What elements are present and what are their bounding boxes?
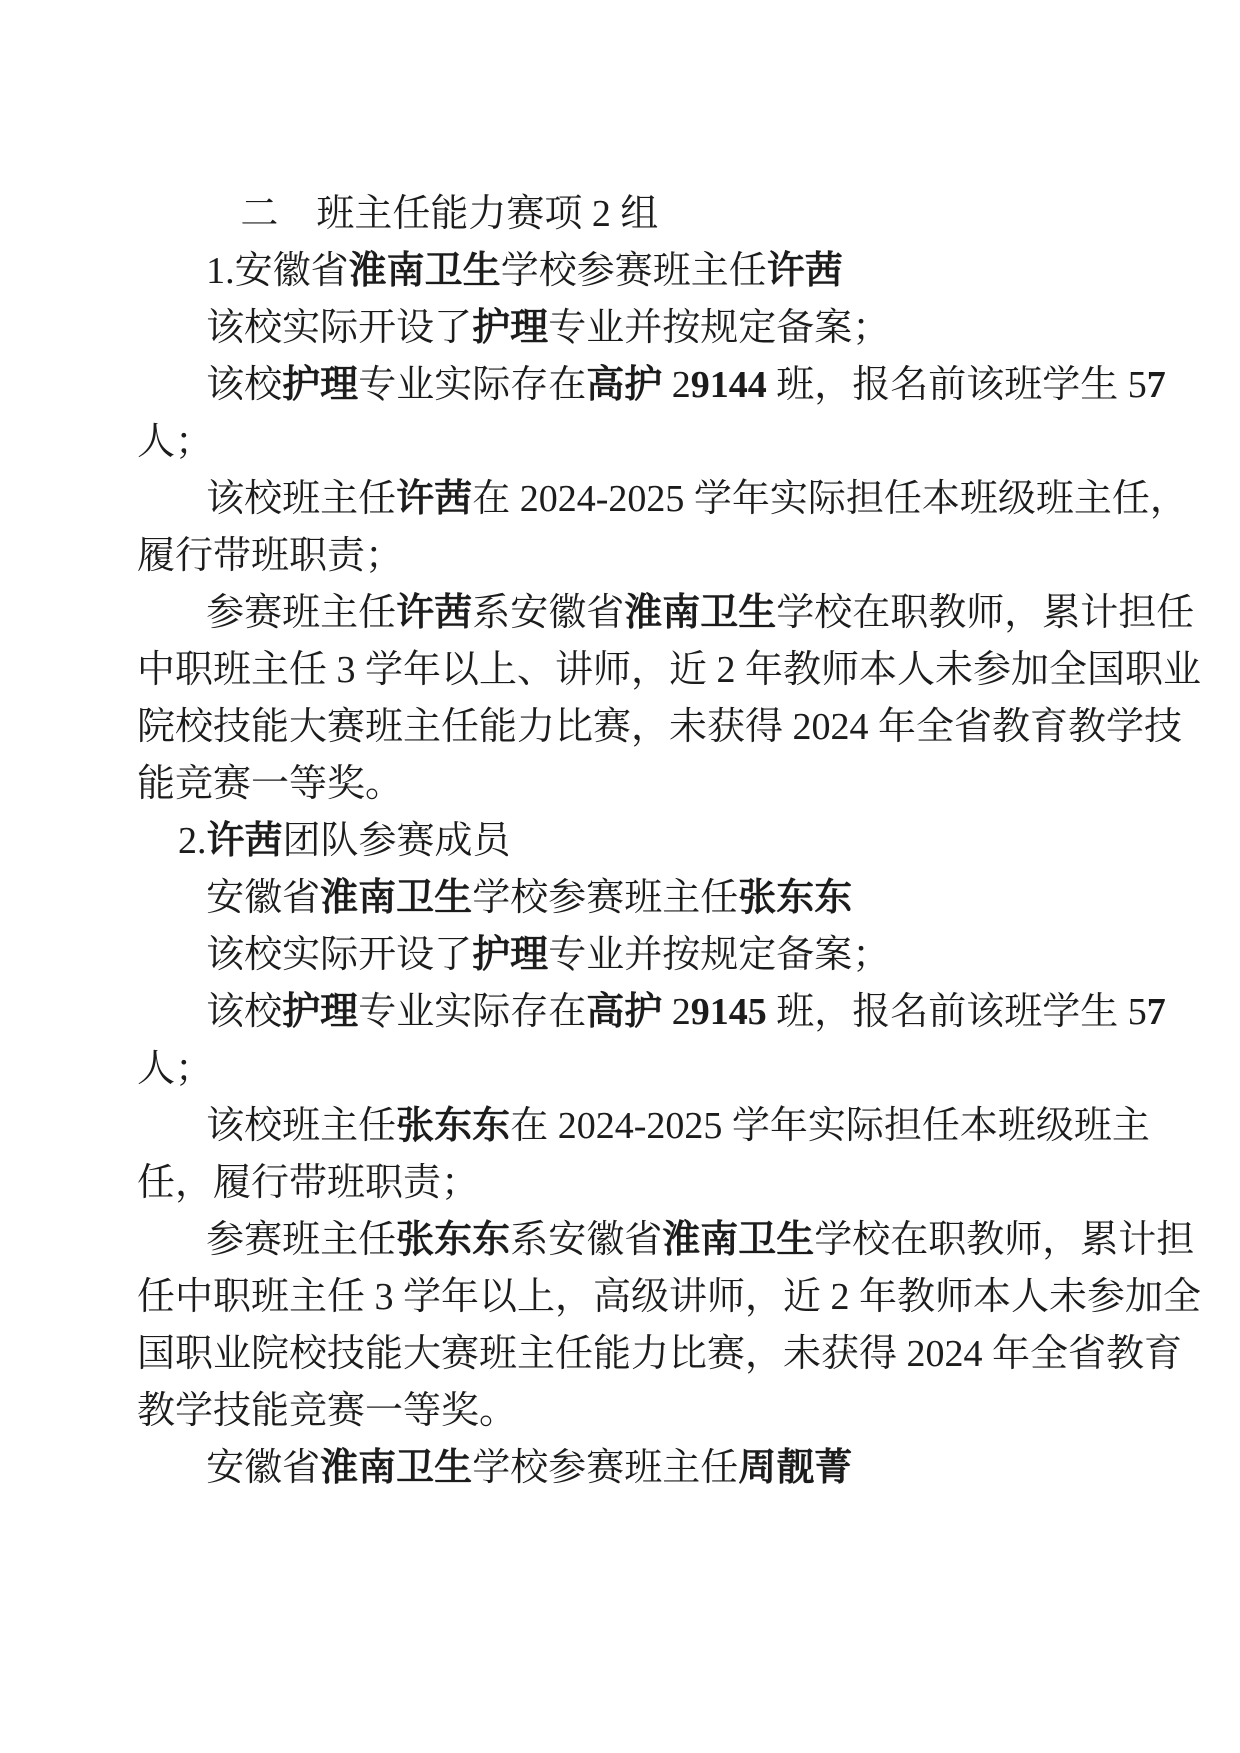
- text-line: 该校实际开设了护理专业并按规定备案；: [137, 300, 1110, 357]
- text-line: 能竞赛一等奖。: [137, 756, 1110, 813]
- text-run: 参赛班主任: [206, 592, 396, 634]
- text-line: 2.许茜团队参赛成员: [137, 813, 1110, 870]
- text-run: 专业并按规定备案；: [548, 934, 890, 976]
- emphasized-text-run: 周靓菁: [738, 1447, 852, 1489]
- text-line: 院校技能大赛班主任能力比赛，未获得 2024 年全省教育教学技: [137, 699, 1110, 756]
- text-run: 中职班主任 3 学年以上、讲师，近 2 年教师本人未参加全国职业: [137, 649, 1201, 691]
- text-run: 2: [662, 991, 691, 1033]
- text-run: 学校在职教师，累计担任: [776, 592, 1194, 634]
- text-line: 参赛班主任许茜系安徽省淮南卫生学校在职教师，累计担任: [137, 585, 1110, 642]
- emphasized-text-run: 9145: [691, 991, 767, 1033]
- emphasized-text-run: 张东东: [396, 1219, 510, 1261]
- text-run: 人；: [137, 1048, 213, 1090]
- text-run: 任，履行带班职责；: [137, 1162, 479, 1204]
- emphasized-text-run: 淮南卫生: [320, 1447, 472, 1489]
- emphasized-text-run: 许茜: [767, 250, 843, 292]
- text-run: 学校参赛班主任: [472, 877, 738, 919]
- text-run: 该校: [206, 991, 282, 1033]
- text-run: 任中职班主任 3 学年以上，高级讲师，近 2 年教师本人未参加全: [137, 1276, 1201, 1318]
- text-run: 该校实际开设了: [206, 934, 472, 976]
- text-run: 能竞赛一等奖。: [137, 763, 403, 805]
- text-line: 二 班主任能力赛项 2 组: [137, 186, 1110, 243]
- text-line: 任中职班主任 3 学年以上，高级讲师，近 2 年教师本人未参加全: [137, 1269, 1110, 1326]
- emphasized-text-run: 淮南卫生: [320, 877, 472, 919]
- text-run: 系安徽省: [510, 1219, 662, 1261]
- text-line: 任，履行带班职责；: [137, 1155, 1110, 1212]
- text-line: 安徽省淮南卫生学校参赛班主任张东东: [137, 870, 1110, 927]
- text-run: 团队参赛成员: [283, 820, 511, 862]
- emphasized-text-run: 7: [1147, 991, 1166, 1033]
- text-run: 安徽省: [206, 877, 320, 919]
- text-line: 人；: [137, 414, 1110, 471]
- text-line: 教学技能竞赛一等奖。: [137, 1383, 1110, 1440]
- emphasized-text-run: 高护: [586, 991, 662, 1033]
- text-run: 履行带班职责；: [137, 535, 403, 577]
- text-run: 该校班主任: [206, 478, 396, 520]
- text-run: 教学技能竞赛一等奖。: [137, 1390, 517, 1432]
- emphasized-text-run: 淮南卫生: [349, 250, 501, 292]
- emphasized-text-run: 淮南卫生: [662, 1219, 814, 1261]
- emphasized-text-run: 护理: [282, 364, 358, 406]
- text-run: 国职业院校技能大赛班主任能力比赛，未获得 2024 年全省教育: [137, 1333, 1182, 1375]
- text-run: 该校实际开设了: [206, 307, 472, 349]
- emphasized-text-run: 护理: [282, 991, 358, 1033]
- text-run: 在 2024-2025 学年实际担任本班级班主: [510, 1105, 1150, 1147]
- text-run: 学校参赛班主任: [501, 250, 767, 292]
- emphasized-text-run: 张东东: [396, 1105, 510, 1147]
- text-line: 安徽省淮南卫生学校参赛班主任周靓菁: [137, 1440, 1110, 1497]
- text-run: 系安徽省: [472, 592, 624, 634]
- emphasized-text-run: 高护: [586, 364, 662, 406]
- text-line: 国职业院校技能大赛班主任能力比赛，未获得 2024 年全省教育: [137, 1326, 1110, 1383]
- text-line: 中职班主任 3 学年以上、讲师，近 2 年教师本人未参加全国职业: [137, 642, 1110, 699]
- document-page: 二 班主任能力赛项 2 组1.安徽省淮南卫生学校参赛班主任许茜该校实际开设了护理…: [0, 0, 1240, 1497]
- text-line: 该校护理专业实际存在高护 29145 班，报名前该班学生 57: [137, 984, 1110, 1041]
- emphasized-text-run: 9144: [691, 364, 767, 406]
- text-run: 人；: [137, 421, 213, 463]
- text-line: 该校班主任许茜在 2024-2025 学年实际担任本班级班主任，: [137, 471, 1110, 528]
- text-line: 该校实际开设了护理专业并按规定备案；: [137, 927, 1110, 984]
- emphasized-text-run: 护理: [472, 934, 548, 976]
- text-run: 班，报名前该班学生 5: [767, 991, 1147, 1033]
- emphasized-text-run: 淮南卫生: [624, 592, 776, 634]
- emphasized-text-run: 许茜: [207, 820, 283, 862]
- text-line: 1.安徽省淮南卫生学校参赛班主任许茜: [137, 243, 1110, 300]
- text-line: 该校护理专业实际存在高护 29144 班，报名前该班学生 57: [137, 357, 1110, 414]
- text-run: 学校在职教师，累计担: [814, 1219, 1194, 1261]
- text-run: 1.安徽省: [206, 250, 349, 292]
- text-run: 安徽省: [206, 1447, 320, 1489]
- text-run: 专业并按规定备案；: [548, 307, 890, 349]
- emphasized-text-run: 张东东: [738, 877, 852, 919]
- text-run: 院校技能大赛班主任能力比赛，未获得 2024 年全省教育教学技: [137, 706, 1182, 748]
- text-run: 2.: [178, 820, 207, 862]
- text-line: 参赛班主任张东东系安徽省淮南卫生学校在职教师，累计担: [137, 1212, 1110, 1269]
- text-run: 班，报名前该班学生 5: [767, 364, 1147, 406]
- text-run: 专业实际存在: [358, 364, 586, 406]
- text-run: 参赛班主任: [206, 1219, 396, 1261]
- text-run: 学校参赛班主任: [472, 1447, 738, 1489]
- text-line: 人；: [137, 1041, 1110, 1098]
- text-run: 该校班主任: [206, 1105, 396, 1147]
- text-run: 该校: [206, 364, 282, 406]
- text-run: 2: [662, 364, 691, 406]
- emphasized-text-run: 许茜: [396, 478, 472, 520]
- text-line: 履行带班职责；: [137, 528, 1110, 585]
- text-run: 专业实际存在: [358, 991, 586, 1033]
- emphasized-text-run: 7: [1147, 364, 1166, 406]
- emphasized-text-run: 许茜: [396, 592, 472, 634]
- emphasized-text-run: 护理: [472, 307, 548, 349]
- text-run: 二 班主任能力赛项 2 组: [240, 193, 658, 235]
- document-body: 二 班主任能力赛项 2 组1.安徽省淮南卫生学校参赛班主任许茜该校实际开设了护理…: [137, 186, 1110, 1497]
- text-line: 该校班主任张东东在 2024-2025 学年实际担任本班级班主: [137, 1098, 1110, 1155]
- text-run: 在 2024-2025 学年实际担任本班级班主任，: [472, 478, 1188, 520]
